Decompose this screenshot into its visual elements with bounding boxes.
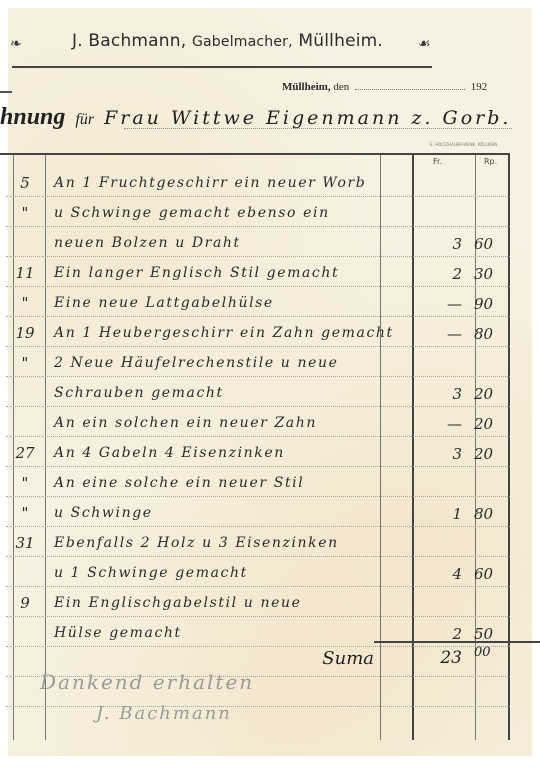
entry-day: 19 bbox=[14, 324, 36, 342]
column-header-rp: Rp. bbox=[484, 157, 497, 166]
entry-rappen: 80 bbox=[474, 325, 510, 343]
entry-description: u 1 Schwinge gemacht bbox=[54, 565, 248, 581]
entry-francs: — bbox=[412, 415, 462, 433]
entry-rappen: 30 bbox=[474, 265, 510, 283]
line-item: " 2 Neue Häufelrechenstile u neue bbox=[0, 352, 510, 382]
column-header-fr: Fr. bbox=[433, 157, 442, 166]
entry-francs: 3 bbox=[412, 385, 462, 403]
entry-francs: — bbox=[412, 295, 462, 313]
line-item: u 1 Schwinge gemacht 4 60 bbox=[0, 562, 510, 592]
entry-description: Ebenfalls 2 Holz u 3 Eisenzinken bbox=[54, 535, 339, 551]
entry-description: u Schwinge bbox=[54, 505, 153, 521]
company-name: J. Bachmann, bbox=[72, 31, 186, 51]
total-label: Suma bbox=[300, 648, 374, 669]
entry-description: 2 Neue Häufelrechenstile u neue bbox=[54, 355, 338, 371]
line-item: " u Schwinge gemacht ebenso ein bbox=[0, 202, 510, 232]
entry-day: 11 bbox=[14, 264, 36, 282]
entry-description: An 4 Gabeln 4 Eisenzinken bbox=[54, 445, 285, 461]
table-top-rule bbox=[0, 153, 510, 155]
entry-description: neuen Bolzen u Draht bbox=[54, 235, 241, 251]
entry-rappen: 60 bbox=[474, 565, 510, 583]
receipt-signature: J. Bachmann bbox=[96, 703, 232, 724]
line-item: 27 An 4 Gabeln 4 Eisenzinken 3 20 bbox=[0, 442, 510, 472]
line-item: 5 An 1 Fruchtgeschirr ein neuer Worb bbox=[0, 172, 510, 202]
entry-francs: 2 bbox=[412, 265, 462, 283]
entry-day: " bbox=[14, 354, 36, 372]
place: Müllheim, bbox=[282, 81, 331, 93]
entry-description: Schrauben gemacht bbox=[54, 385, 224, 401]
entry-francs: 3 bbox=[412, 235, 462, 253]
entry-day: " bbox=[14, 204, 36, 222]
entry-description: Eine neue Lattgabelhülse bbox=[54, 295, 274, 311]
invoice-title: hnung für Frau Wittwe Eigenmann z. Gorb. bbox=[0, 104, 511, 131]
entry-day: 31 bbox=[14, 534, 36, 552]
den-label: den bbox=[333, 81, 349, 93]
place-date-line: Müllheim, den 192 bbox=[282, 81, 487, 93]
entry-description: Ein Englischgabelstil u neue bbox=[54, 595, 301, 611]
entry-day: 5 bbox=[14, 174, 36, 192]
entry-rappen: 20 bbox=[474, 415, 510, 433]
entry-description: An eine solche ein neuer Stil bbox=[54, 475, 304, 491]
line-item: " An eine solche ein neuer Stil bbox=[0, 472, 510, 502]
line-item: 9 Ein Englischgabelstil u neue bbox=[0, 592, 510, 622]
line-item: Schrauben gemacht 3 20 bbox=[0, 382, 510, 412]
entry-description: An 1 Heubergeschirr ein Zahn gemacht bbox=[54, 325, 394, 341]
date-blank bbox=[355, 89, 465, 90]
company-trade: Gabelmacher, bbox=[192, 34, 293, 50]
entry-rappen: 80 bbox=[474, 505, 510, 523]
entry-rappen: 60 bbox=[474, 235, 510, 253]
total-rappen: 00 bbox=[474, 645, 491, 660]
year-prefix: 192 bbox=[471, 81, 488, 93]
total-rule bbox=[374, 641, 540, 643]
line-item: 11 Ein langer Englisch Stil gemacht 2 30 bbox=[0, 262, 510, 292]
customer-name: Frau Wittwe Eigenmann z. Gorb. bbox=[104, 107, 511, 129]
entry-francs: 3 bbox=[412, 445, 462, 463]
entry-francs: 4 bbox=[412, 565, 462, 583]
line-item: An ein solchen ein neuer Zahn — 20 bbox=[0, 412, 510, 442]
entry-day: " bbox=[14, 294, 36, 312]
line-item: 19 An 1 Heubergeschirr ein Zahn gemacht … bbox=[0, 322, 510, 352]
entry-description: An 1 Fruchtgeschirr ein neuer Worb bbox=[54, 175, 366, 191]
line-item: 31 Ebenfalls 2 Holz u 3 Eisenzinken bbox=[0, 532, 510, 562]
printer-mark: E. HOLTZHAUER-WENK, KÖLLIKEN bbox=[430, 142, 497, 147]
letterhead-rule bbox=[12, 66, 432, 68]
entry-description: Ein langer Englisch Stil gemacht bbox=[54, 265, 339, 281]
entry-description: An ein solchen ein neuer Zahn bbox=[54, 415, 317, 431]
leaf-ornament-right-icon: ☙ bbox=[418, 36, 431, 53]
entry-francs: 1 bbox=[412, 505, 462, 523]
entry-description: Hülse gemacht bbox=[54, 625, 182, 641]
title-dotted-line bbox=[124, 128, 512, 129]
row-rule bbox=[6, 706, 510, 707]
letterhead: J. Bachmann, Gabelmacher, Müllheim. bbox=[72, 31, 383, 51]
entry-rappen: 90 bbox=[474, 295, 510, 313]
entry-day: 27 bbox=[14, 444, 36, 462]
entry-francs: — bbox=[412, 325, 462, 343]
entry-day: 9 bbox=[14, 594, 36, 612]
company-city: Müllheim. bbox=[298, 31, 383, 51]
line-item: neuen Bolzen u Draht 3 60 bbox=[0, 232, 510, 262]
margin-mark bbox=[0, 91, 12, 93]
entry-day: " bbox=[14, 504, 36, 522]
entry-day: " bbox=[14, 474, 36, 492]
entry-rappen: 20 bbox=[474, 445, 510, 463]
total-francs: 23 bbox=[412, 648, 462, 668]
receipt-note: Dankend erhalten bbox=[40, 670, 254, 694]
fuer-label: für bbox=[75, 111, 94, 128]
entry-rappen: 20 bbox=[474, 385, 510, 403]
entry-description: u Schwinge gemacht ebenso ein bbox=[54, 205, 330, 221]
leaf-ornament-left-icon: ❧ bbox=[10, 36, 22, 53]
line-item: " u Schwinge 1 80 bbox=[0, 502, 510, 532]
title-word: hnung bbox=[0, 104, 65, 130]
line-item: " Eine neue Lattgabelhülse — 90 bbox=[0, 292, 510, 322]
